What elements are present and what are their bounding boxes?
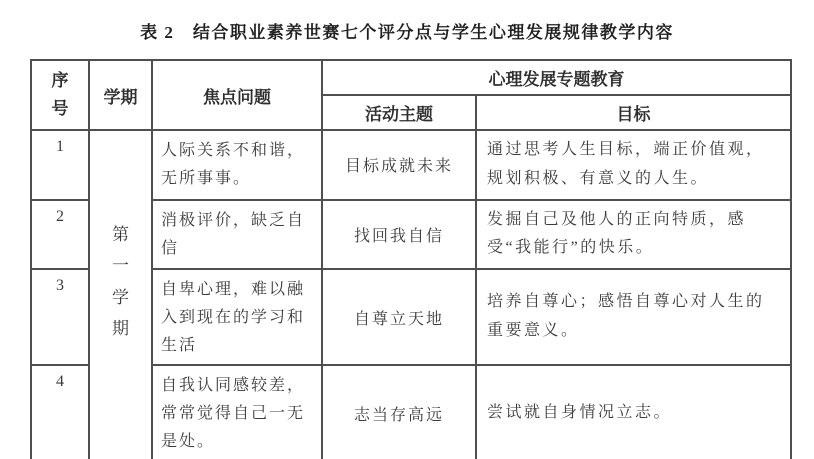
header-semester: 学期 xyxy=(89,60,152,130)
header-focus: 焦点问题 xyxy=(152,60,322,130)
row-4-activity-cell: 志当存高远 xyxy=(322,365,476,459)
header-group: 心理发展专题教育 xyxy=(322,60,791,95)
row-3-activity-cell: 自尊立天地 xyxy=(322,269,476,365)
semester-label: 第一学期 xyxy=(110,219,130,345)
header-activity: 活动主题 xyxy=(322,95,476,130)
header-goal: 目标 xyxy=(476,95,791,130)
row-2-activity-cell: 找回我自信 xyxy=(322,200,476,270)
row-1-focus-cell: 人际关系不和谐，无所事事。 xyxy=(152,130,322,200)
header-index-label: 序号 xyxy=(50,67,70,123)
row-1-index-cell: 1 xyxy=(31,130,89,200)
document-page: 表 2 结合职业素养世赛七个评分点与学生心理发展规律教学内容 序号 学期 焦点问… xyxy=(0,0,814,459)
header-index: 序号 xyxy=(31,60,89,130)
row-1-activity-cell: 目标成就未来 xyxy=(322,130,476,200)
row-4-index-cell: 4 xyxy=(31,365,89,459)
row-3-goal-cell: 培养自尊心；感悟自尊心对人生的重要意义。 xyxy=(476,269,791,365)
row-3-index-cell: 3 xyxy=(31,269,89,365)
content-table: 序号 学期 焦点问题 心理发展专题教育 活动主题 目标 1 第一学期 人际关系不… xyxy=(30,59,792,459)
table-row: 1 第一学期 人际关系不和谐，无所事事。 目标成就未来 通过思考人生目标，端正价… xyxy=(31,130,791,200)
row-2-goal-cell: 发掘自己及他人的正向特质，感受“我能行”的快乐。 xyxy=(476,200,791,270)
row-1-goal-cell: 通过思考人生目标，端正价值观，规划积极、有意义的人生。 xyxy=(476,130,791,200)
row-2-focus-cell: 消极评价，缺乏自信 xyxy=(152,200,322,270)
row-2-index-cell: 2 xyxy=(31,200,89,270)
table-header: 序号 学期 焦点问题 心理发展专题教育 活动主题 目标 xyxy=(31,60,791,130)
semester-cell: 第一学期 xyxy=(89,130,152,459)
row-4-focus-cell: 自我认同感较差，常常觉得自己一无是处。 xyxy=(152,365,322,459)
row-3-focus-cell: 自卑心理，难以融入到现在的学习和生活 xyxy=(152,269,322,365)
table-caption: 表 2 结合职业素养世赛七个评分点与学生心理发展规律教学内容 xyxy=(0,18,814,43)
row-4-goal-cell: 尝试就自身情况立志。 xyxy=(476,365,791,459)
table-body: 1 第一学期 人际关系不和谐，无所事事。 目标成就未来 通过思考人生目标，端正价… xyxy=(31,130,791,459)
header-row-1: 序号 学期 焦点问题 心理发展专题教育 xyxy=(31,60,791,95)
